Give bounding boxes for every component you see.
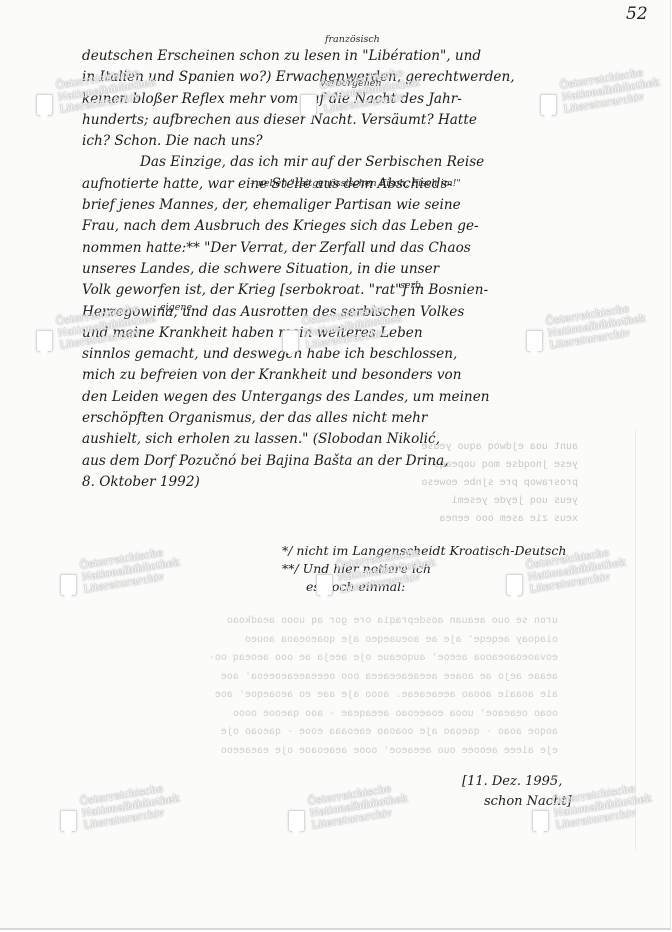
- watermark: Österreichische Nationalbibliothek Liter…: [60, 796, 200, 844]
- watermark-line: Literaturarchiv: [83, 804, 183, 831]
- text-line: Das Einzige, das ich mir auf der Serbisc…: [82, 152, 642, 173]
- footnotes: */ nicht im Langenscheidt Kroatisch-Deut…: [282, 542, 566, 596]
- text-line: Volk geworfen ist, der Krieg [serbokroat…: [82, 280, 642, 301]
- bleed-line: aie aoaaie aooao aeeaeaeae. aooo aje aae…: [96, 686, 558, 705]
- watermark-line: Nationalbibliothek: [81, 556, 181, 583]
- text-line: hunderts; aufbrechen aus dieser Nacht. V…: [82, 110, 642, 131]
- bleed-line: oiaqoay aeqeqe' aje ae aoeuaeqeo aje qoa…: [96, 631, 558, 650]
- watermark-line: Nationalbibliothek: [309, 792, 409, 819]
- text-line: 8. Oktober 1992): [82, 472, 642, 493]
- watermark-line: Nationalbibliothek: [81, 792, 181, 819]
- bleed-line: aeaae aejo ae aoaee aeeaeaeeaeea ooo oee…: [96, 668, 558, 687]
- watermark-text: Österreichische Nationalbibliothek Liter…: [79, 544, 183, 595]
- library-logo-icon: [288, 810, 305, 832]
- insertion-franzoesisch: französisch: [325, 34, 380, 45]
- footnote-2-continued: es noch einmal:: [282, 578, 566, 596]
- watermark-line: Literaturarchiv: [311, 804, 411, 831]
- bleed-line: aoqoe aoao - qaeoao aje ooaoao eaeoaaa e…: [96, 723, 558, 742]
- text-line: nommen hatte:** "Der Verrat, der Zerfall…: [82, 238, 642, 259]
- text-line: mich zu befreien von der Krankheit und b…: [82, 365, 642, 386]
- page-number: 52: [626, 4, 648, 24]
- library-logo-icon: [60, 810, 77, 832]
- bleed-line: yeus uoq jeyde yesemi: [318, 492, 578, 510]
- library-logo-icon: [532, 810, 549, 832]
- watermark-text: Österreichische Nationalbibliothek Liter…: [307, 780, 411, 831]
- text-line: deutschen Erscheinen schon zu lesen in "…: [82, 46, 642, 67]
- text-line: brief jenes Mannes, der, ehemaliger Part…: [82, 195, 642, 216]
- bleed-line: ooao oeaeaoe' uooa eoaeeoao aeeaqeae - a…: [96, 705, 558, 724]
- watermark: Österreichische Nationalbibliothek Liter…: [60, 560, 200, 608]
- watermark-line: Literaturarchiv: [83, 568, 183, 595]
- text-line: unseres Landes, die schwere Situation, i…: [82, 259, 642, 280]
- text-line: den Leiden wegen des Untergangs des Land…: [82, 387, 642, 408]
- text-line: ich? Schon. Die nach uns?: [82, 131, 642, 152]
- footnote-1: */ nicht im Langenscheidt Kroatisch-Deut…: [282, 542, 566, 560]
- text-line: aushielt, sich erholen zu lassen." (Slob…: [82, 429, 642, 450]
- text-line: in Italien und Spanien wo?) Erwachenwerd…: [82, 67, 642, 88]
- footnote-2: **/ Und hier notiere ich: [282, 560, 566, 578]
- watermark-line: Österreichische: [307, 780, 407, 807]
- text-line: aus dem Dorf Pozučnó bei Bajina Bašta an…: [82, 451, 642, 472]
- library-logo-icon: [36, 94, 53, 116]
- watermark-text: Österreichische Nationalbibliothek Liter…: [79, 780, 183, 831]
- text-line: Frau, nach dem Ausbruch des Krieges sich…: [82, 216, 642, 237]
- text-line: sinnlos gemacht, und deswegen habe ich b…: [82, 344, 642, 365]
- handwritten-body: deutschen Erscheinen schon zu lesen in "…: [82, 46, 642, 493]
- text-line: Herzegowina, und das Ausrotten des serbi…: [82, 302, 642, 323]
- bleed-line: xeus zie asem ooo eenea: [318, 510, 578, 528]
- text-line: aufnotierte hatte, war eine Stelle aus d…: [82, 174, 642, 195]
- bleed-line: eje aieee aeooee ouo aeeaeoe' oooe aeaeo…: [96, 742, 558, 761]
- library-logo-icon: [36, 330, 53, 352]
- watermark-line: Österreichische: [79, 780, 179, 807]
- bleed-line: eovaoeoaoeaooa aeeoe' auqoeaue oje aeeja…: [96, 649, 558, 668]
- text-line: keinen bloßer Reflex mehr vom auf die Na…: [82, 89, 642, 110]
- manuscript-page: 52 aunt uoa ejdwoq aquo yeuse yese jnoqd…: [0, 0, 671, 930]
- watermark: Österreichische Nationalbibliothek Liter…: [288, 796, 428, 844]
- date-line: [11. Dez. 1995,: [462, 772, 572, 792]
- text-line: und meine Krankheit haben mein weiteres …: [82, 323, 642, 344]
- library-logo-icon: [60, 574, 77, 596]
- bleed-line: uron se ouo aeauan aosdepraqia ore gor a…: [96, 612, 558, 631]
- date-annotation: [11. Dez. 1995, schon Nacht]: [462, 772, 572, 812]
- bleed-through-text-lower: uron se ouo aeauan aosdepraqia ore gor a…: [96, 612, 558, 760]
- watermark-line: Österreichische: [79, 544, 179, 571]
- date-line-2: schon Nacht]: [462, 792, 572, 812]
- text-line: erschöpften Organismus, der das alles ni…: [82, 408, 642, 429]
